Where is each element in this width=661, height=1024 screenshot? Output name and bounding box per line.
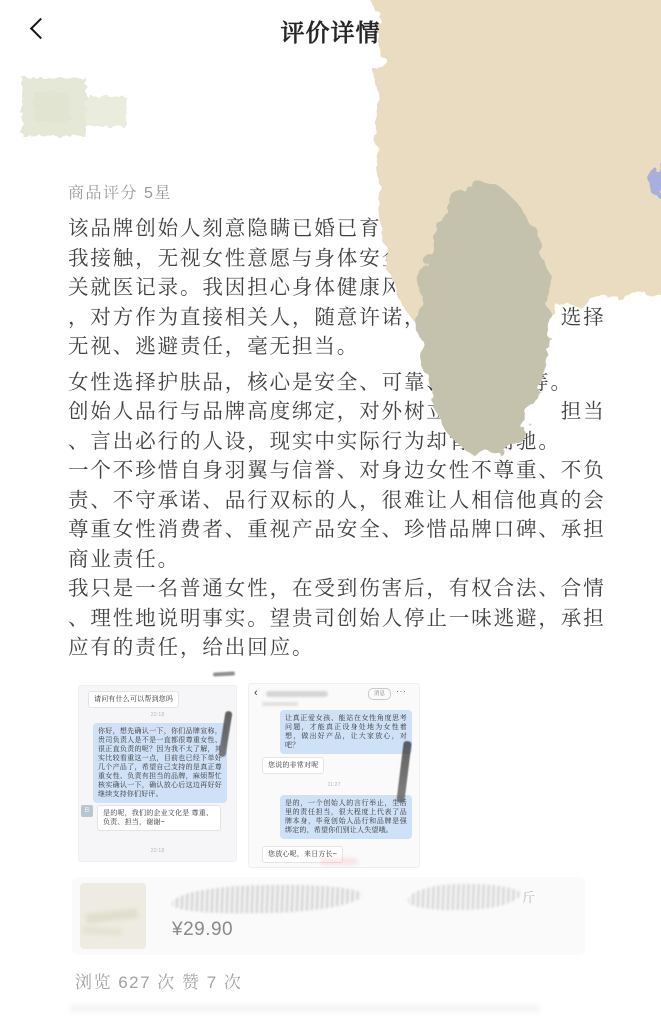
product-card[interactable]: 斤 ¥29.90 xyxy=(72,877,585,955)
pink-smudge xyxy=(320,858,358,865)
chat-bubble-sent: 是的，一个创始人的言行举止，生活里的责任担当，很大程度上代表了品牌本身，毕竟创始… xyxy=(280,795,412,839)
review-text-block: 该品牌创始人刻意隐瞒已婚已育与 我接触，无视女性意愿与身体安全 关就医记录。我因… xyxy=(68,214,628,663)
review-line: 我接触，无视女性意愿与身体安全 xyxy=(68,244,628,274)
partially-visible-char: 斤 xyxy=(522,887,535,906)
chat-timestamp: 11:27 xyxy=(248,782,420,788)
review-detail-page: 评价详情 商品评分 5星 该品牌创始人刻意隐瞒已婚已育与 我接触，无视女性意愿与… xyxy=(0,0,661,1024)
review-line: 一个不珍惜自身羽翼与信誉、对身边女性不尊重、不负 xyxy=(68,456,628,486)
chat-bubble-sent: 你好，想先确认一下，你们品牌宣称，贵司负责人是不是一直都很尊重女性、很正直负责的… xyxy=(93,723,227,803)
product-info-redaction-scribble xyxy=(408,883,521,912)
review-line: 女性选择护肤品，核心是安全、可靠、 等。 xyxy=(68,368,628,398)
chat-bubble-received: 是的呢，我们的企业文化是 尊重、负责、担当，谢谢~ xyxy=(97,805,221,831)
name-redaction-smudge xyxy=(266,691,328,697)
chat-screenshot-right[interactable]: ‹ 消息 ··· 让真正爱女孩、能站在女性角度思考问题，才能真正设身处地为女性着… xyxy=(248,683,420,868)
redaction-dot-lavender xyxy=(647,163,661,197)
review-line: 应有的责任，给出回应。 xyxy=(68,633,628,663)
avatar-blob-small xyxy=(86,96,126,126)
review-line: 我只是一名普通女性，在受到伤害后，有权合法、合情 xyxy=(68,574,628,604)
review-line: 、言出必行的人设，现实中实际行为却背道而驰。 xyxy=(68,427,628,457)
chat-timestamp: 22:18 xyxy=(78,712,237,718)
product-price: ¥29.90 xyxy=(172,919,233,941)
thumbnail-scribble xyxy=(82,926,122,937)
review-line: 关就医记录。我因担心身体健康风险 xyxy=(68,273,628,303)
chevron-left-icon xyxy=(30,18,51,39)
review-line: ，对方作为直接相关人，随意许诺，事 选择 xyxy=(68,303,628,333)
avatar-blob-main xyxy=(22,78,86,136)
chat-bubble-sent: 让真正爱女孩、能站在女性角度思考问题，才能真正设身处地为女性着想，做出好产品，让… xyxy=(280,710,412,754)
product-thumbnail xyxy=(80,883,146,949)
message-pill-button: 消息 xyxy=(368,688,391,700)
review-line: 商业责任。 xyxy=(68,545,628,575)
chevron-left-icon: ‹ xyxy=(254,688,258,699)
avatar-blob-texture xyxy=(34,92,70,122)
review-line: 、理性地说明事实。望贵司创始人停止一味逃避，承担 xyxy=(68,604,628,634)
review-line: 创始人品行与品牌高度绑定，对外树立 担当 xyxy=(68,397,628,427)
more-icon: ··· xyxy=(396,686,407,696)
review-line: 无视、逃避责任，毫无担当。 xyxy=(68,332,628,362)
faint-streak xyxy=(70,1004,540,1013)
chat-bubble-received: 请问有什么可以帮到您吗 xyxy=(88,691,179,708)
review-line: 该品牌创始人刻意隐瞒已婚已育与 xyxy=(68,214,628,244)
thumbnail-scribble xyxy=(86,908,139,923)
page-title: 评价详情 xyxy=(0,13,661,48)
product-title-redaction-scribble xyxy=(172,883,363,916)
chat-bubble-received: 您说的非常对呢 xyxy=(262,757,324,774)
chat-screenshot-left[interactable]: 请问有什么可以帮到您吗 22:18 你好，想先确认一下，你们品牌宣称，贵司负责人… xyxy=(78,685,237,862)
chat-avatar: B xyxy=(81,805,93,817)
review-line: 责、不守承诺、品行双标的人，很难让人相信他真的会 xyxy=(68,486,628,516)
view-like-stats: 浏览 627 次 赞 7 次 xyxy=(75,968,242,993)
review-line: 尊重女性消费者、重视产品安全、珍惜品牌口碑、承担 xyxy=(68,515,628,545)
product-rating-label: 商品评分 5星 xyxy=(68,180,172,203)
chat-timestamp: 22:18 xyxy=(78,848,237,854)
back-button[interactable] xyxy=(26,16,52,42)
subtitle-redaction-smudge xyxy=(262,702,298,706)
pen-mark xyxy=(213,671,235,676)
